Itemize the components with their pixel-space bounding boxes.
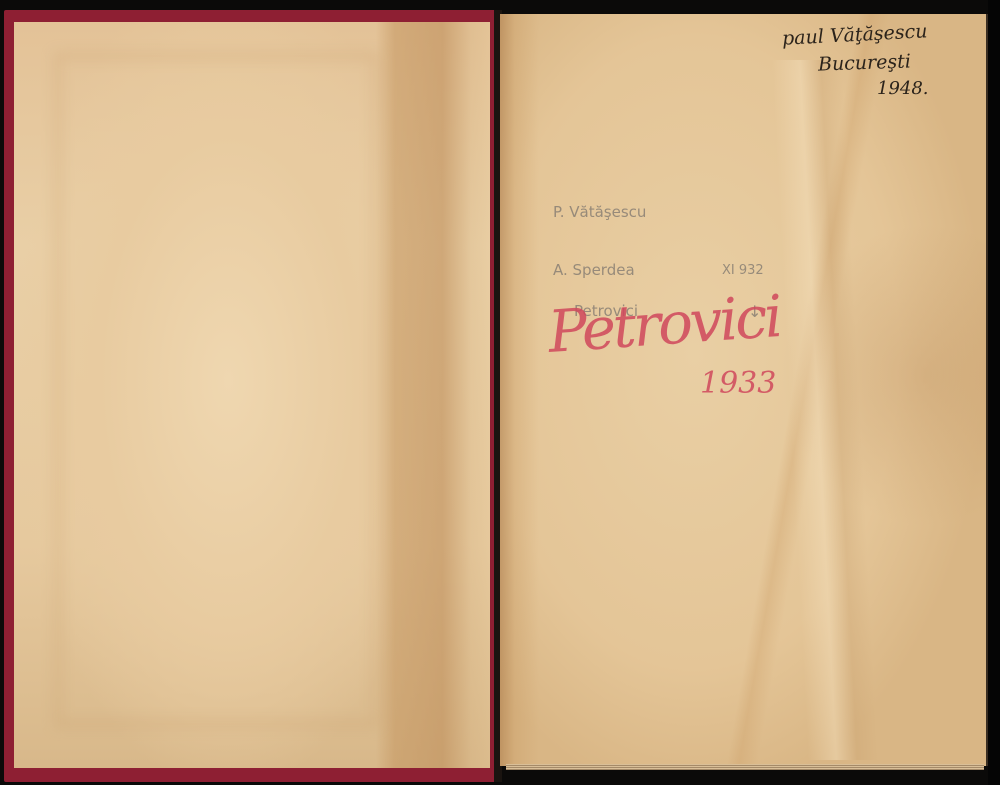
page-block-edges — [506, 764, 984, 770]
pencil-name-2: A. Sperdea — [553, 261, 635, 279]
pencil-name-1: P. Vătăşescu — [553, 203, 646, 221]
ink-year: 1948. — [877, 78, 929, 99]
left-endpaper — [14, 22, 490, 768]
pencil-date: XI 932 — [722, 263, 764, 278]
photo-border — [988, 0, 1000, 785]
ink-city: Bucureşti — [818, 50, 912, 75]
book-photo: paul Văţăşescu Bucureşti 1948. P. Vătăşe… — [0, 0, 1000, 785]
red-crayon-year: 1933 — [700, 366, 776, 401]
